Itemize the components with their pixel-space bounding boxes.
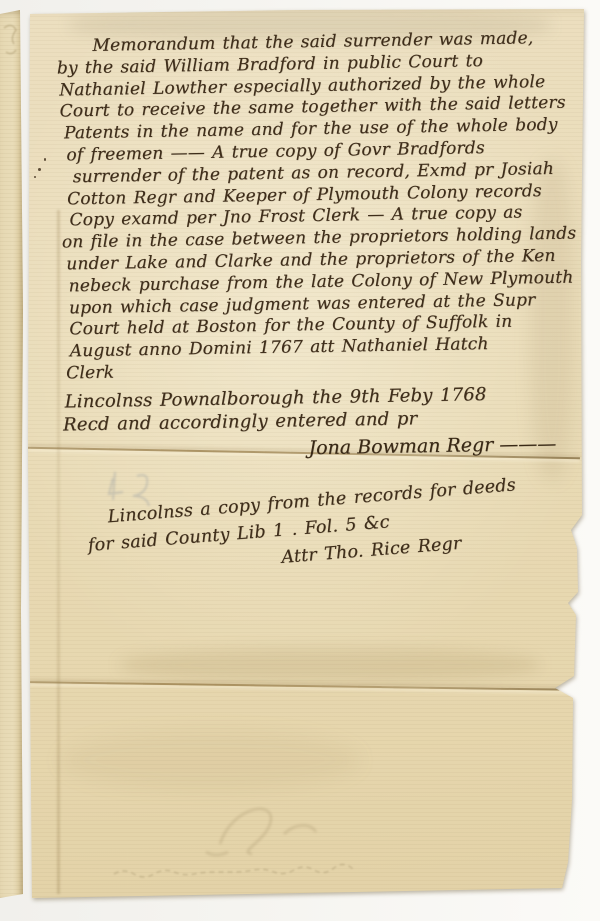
registrar-signature: Jona Bowman Regr ——— [308,430,581,461]
ink-speck [13,158,16,161]
ink-speck [34,176,36,178]
registration-note: Lincolnss Pownalborough the 9th Feby 176… [62,381,581,436]
ink-speck [44,158,46,161]
memorandum-text-block: Memorandum that the said surrender was m… [56,28,581,466]
manuscript-sheet-wrap: Memorandum that the said surrender was m… [0,0,600,921]
fold-crease-vertical [57,210,60,894]
scanned-document: Memorandum that the said surrender was m… [0,0,600,921]
ink-speck [16,178,18,180]
manuscript-sheet: Memorandum that the said surrender was m… [0,0,600,921]
ink-speck [8,150,12,154]
ink-speck [10,170,12,173]
ink-speck [38,168,41,171]
